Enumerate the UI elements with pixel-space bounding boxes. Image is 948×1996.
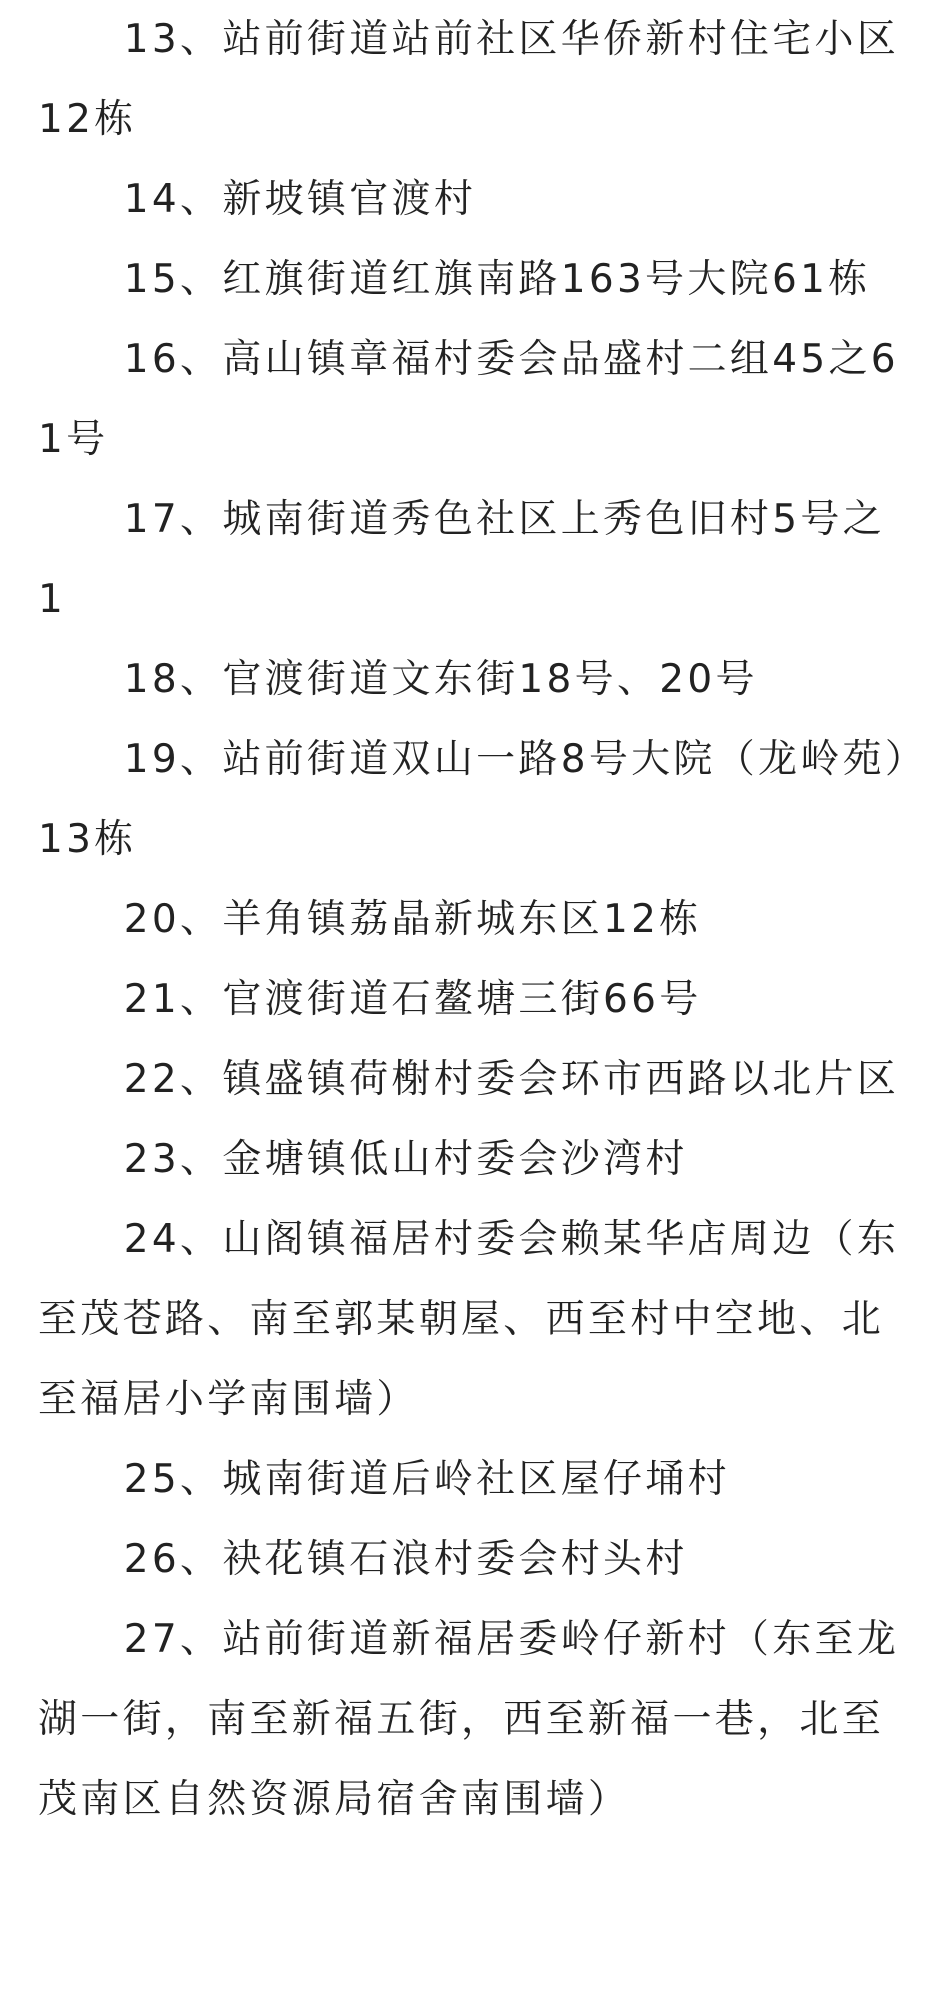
list-item: 20、羊角镇荔晶新城东区12栋	[38, 880, 908, 960]
article-body: 13、站前街道站前社区华侨新村住宅小区12栋 14、新坡镇官渡村 15、红旗街道…	[38, 0, 908, 1840]
list-item: 18、官渡街道文东街18号、20号	[38, 640, 908, 720]
list-item: 21、官渡街道石鳌塘三街66号	[38, 960, 908, 1040]
list-item: 25、城南街道后岭社区屋仔埇村	[38, 1440, 908, 1520]
list-item: 14、新坡镇官渡村	[38, 160, 908, 240]
list-item: 27、站前街道新福居委岭仔新村（东至龙湖一街，南至新福五街，西至新福一巷，北至茂…	[38, 1600, 908, 1840]
list-item: 26、袂花镇石浪村委会村头村	[38, 1520, 908, 1600]
list-item: 15、红旗街道红旗南路163号大院61栋	[38, 240, 908, 320]
list-item: 13、站前街道站前社区华侨新村住宅小区12栋	[38, 0, 908, 160]
list-item: 19、站前街道双山一路8号大院（龙岭苑）13栋	[38, 720, 908, 880]
list-item: 16、高山镇章福村委会品盛村二组45之61号	[38, 320, 908, 480]
list-item: 17、城南街道秀色社区上秀色旧村5号之1	[38, 480, 908, 640]
list-item: 23、金塘镇低山村委会沙湾村	[38, 1120, 908, 1200]
list-item: 24、山阁镇福居村委会赖某华店周边（东至茂苍路、南至郭某朝屋、西至村中空地、北至…	[38, 1200, 908, 1440]
list-item: 22、镇盛镇荷榭村委会环市西路以北片区	[38, 1040, 908, 1120]
